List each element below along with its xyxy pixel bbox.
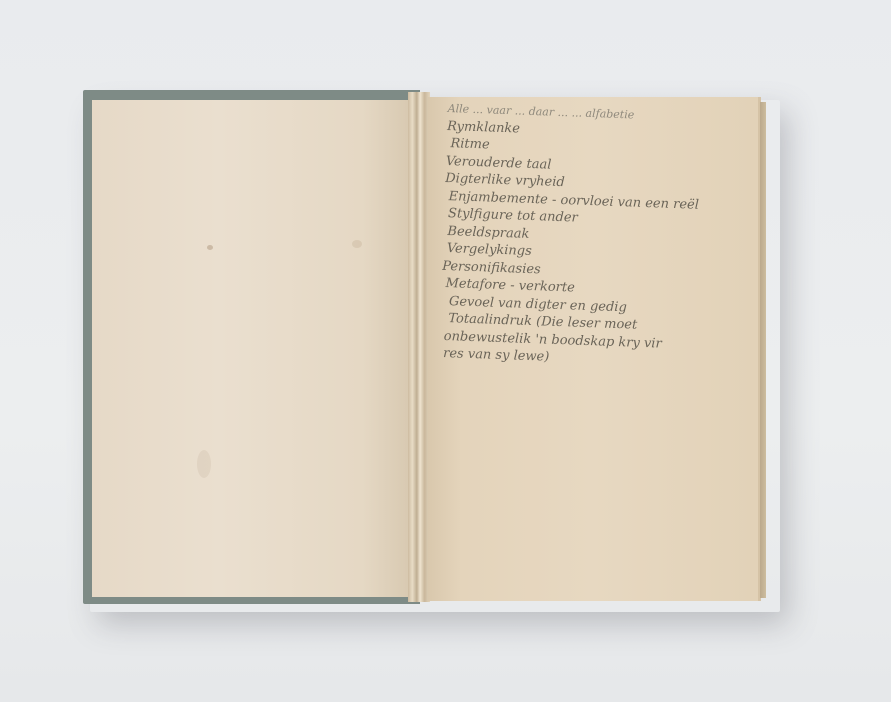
page-edges: [760, 102, 766, 598]
left-page: [92, 100, 410, 597]
book-photo: Alle ... vaar ... daar ... ... alfabetie…: [0, 0, 891, 702]
page-stain: [352, 240, 362, 248]
page-stain: [197, 450, 211, 478]
page-stain: [207, 245, 213, 250]
handwritten-notes: Alle ... vaar ... daar ... ... alfabetie…: [439, 100, 758, 373]
book-gutter: [408, 92, 430, 602]
